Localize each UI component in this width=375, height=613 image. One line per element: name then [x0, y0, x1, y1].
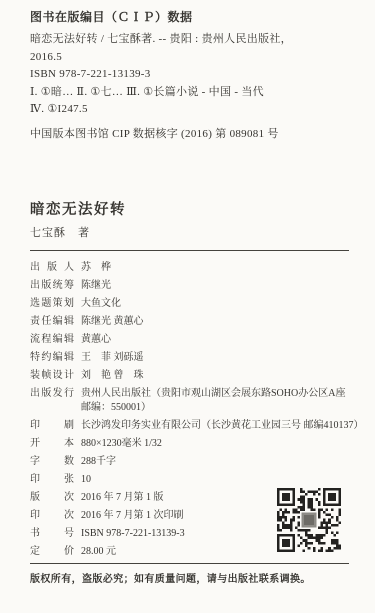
info-row-label: 印张	[30, 473, 74, 486]
divider-bottom	[30, 563, 349, 564]
info-row-label: 装帧设计	[30, 369, 74, 382]
info-row: 出版发行贵州人民出版社（贵阳市观山湖区会展东路SOHO办公区A座邮编：55000…	[30, 387, 349, 414]
info-row: 字数288千字	[30, 455, 349, 468]
info-row-label: 版次	[30, 491, 74, 504]
info-row: 印刷长沙鸿发印务实业有限公司（长沙黄花工业园三号 邮编410137）	[30, 419, 349, 432]
cip-block: 暗恋无法好转 / 七宝酥著. -- 贵阳 : 贵州人民出版社， 2016.5 I…	[30, 31, 349, 119]
qr-code	[276, 488, 342, 552]
info-row: 选题策划大鱼文化	[30, 297, 349, 310]
info-row: 出版人苏 桦	[30, 261, 349, 274]
copyright-notice: 版权所有，盗版必究；如有质量问题，请与出版社联系调换。	[30, 573, 349, 586]
info-row-value: 苏 桦	[81, 261, 349, 274]
info-row-label: 印刷	[30, 419, 74, 432]
info-row-value: 长沙鸿发印务实业有限公司（长沙黄花工业园三号 邮编410137）	[81, 419, 364, 432]
copyright-page: 图书在版编目（ＣＩＰ）数据 暗恋无法好转 / 七宝酥著. -- 贵阳 : 贵州人…	[0, 0, 375, 613]
info-row-label: 责任编辑	[30, 315, 74, 328]
book-title: 暗恋无法好转	[30, 202, 349, 219]
info-row-label: 选题策划	[30, 297, 74, 310]
divider-top	[30, 250, 349, 251]
cip-line: Ⅳ. ①I247.5	[30, 101, 349, 119]
info-row-label: 出版发行	[30, 387, 74, 414]
cip-line: Ⅰ. ①暗… Ⅱ. ①七… Ⅲ. ①长篇小说 - 中国 - 当代	[30, 84, 349, 102]
info-row-value: 王 菲 刘砾遥	[81, 351, 349, 364]
info-row: 流程编辑黄蕙心	[30, 333, 349, 346]
info-row: 装帧设计刘 艳 曾 珠	[30, 369, 349, 382]
info-row-value: 黄蕙心	[81, 333, 349, 346]
info-row-label: 出版人	[30, 261, 74, 274]
info-row-value: 刘 艳 曾 珠	[81, 369, 349, 382]
info-row: 特约编辑王 菲 刘砾遥	[30, 351, 349, 364]
cip-line: 暗恋无法好转 / 七宝酥著. -- 贵阳 : 贵州人民出版社，	[30, 31, 349, 49]
info-row-label: 定价	[30, 545, 74, 558]
info-row-value: 10	[81, 473, 349, 486]
info-row: 开本880×1230毫米 1/32	[30, 437, 349, 450]
info-row-value: 880×1230毫米 1/32	[81, 437, 349, 450]
cip-line: 2016.5	[30, 49, 349, 67]
info-row: 印张10	[30, 473, 349, 486]
info-row-label: 流程编辑	[30, 333, 74, 346]
cip-line: ISBN 978-7-221-13139-3	[30, 66, 349, 84]
info-row-label: 印次	[30, 509, 74, 522]
info-row-label: 特约编辑	[30, 351, 74, 364]
cip-heading: 图书在版编目（ＣＩＰ）数据	[30, 10, 349, 24]
info-row-label: 书号	[30, 527, 74, 540]
info-row-label: 出版统筹	[30, 279, 74, 292]
info-row: 责任编辑陈继光 黄蕙心	[30, 315, 349, 328]
info-row-value: 大鱼文化	[81, 297, 349, 310]
info-row-value: 贵州人民出版社（贵阳市观山湖区会展东路SOHO办公区A座邮编：550001）	[81, 387, 349, 414]
info-row: 出版统筹陈继光	[30, 279, 349, 292]
info-row-value: 陈继光 黄蕙心	[81, 315, 349, 328]
book-author: 七宝酥 著	[30, 226, 349, 240]
cip-record: 中国版本图书馆 CIP 数据核字 (2016) 第 089081 号	[30, 127, 349, 141]
info-row-label: 开本	[30, 437, 74, 450]
info-row-value: 陈继光	[81, 279, 349, 292]
info-row-label: 字数	[30, 455, 74, 468]
info-row-value: 288千字	[81, 455, 349, 468]
